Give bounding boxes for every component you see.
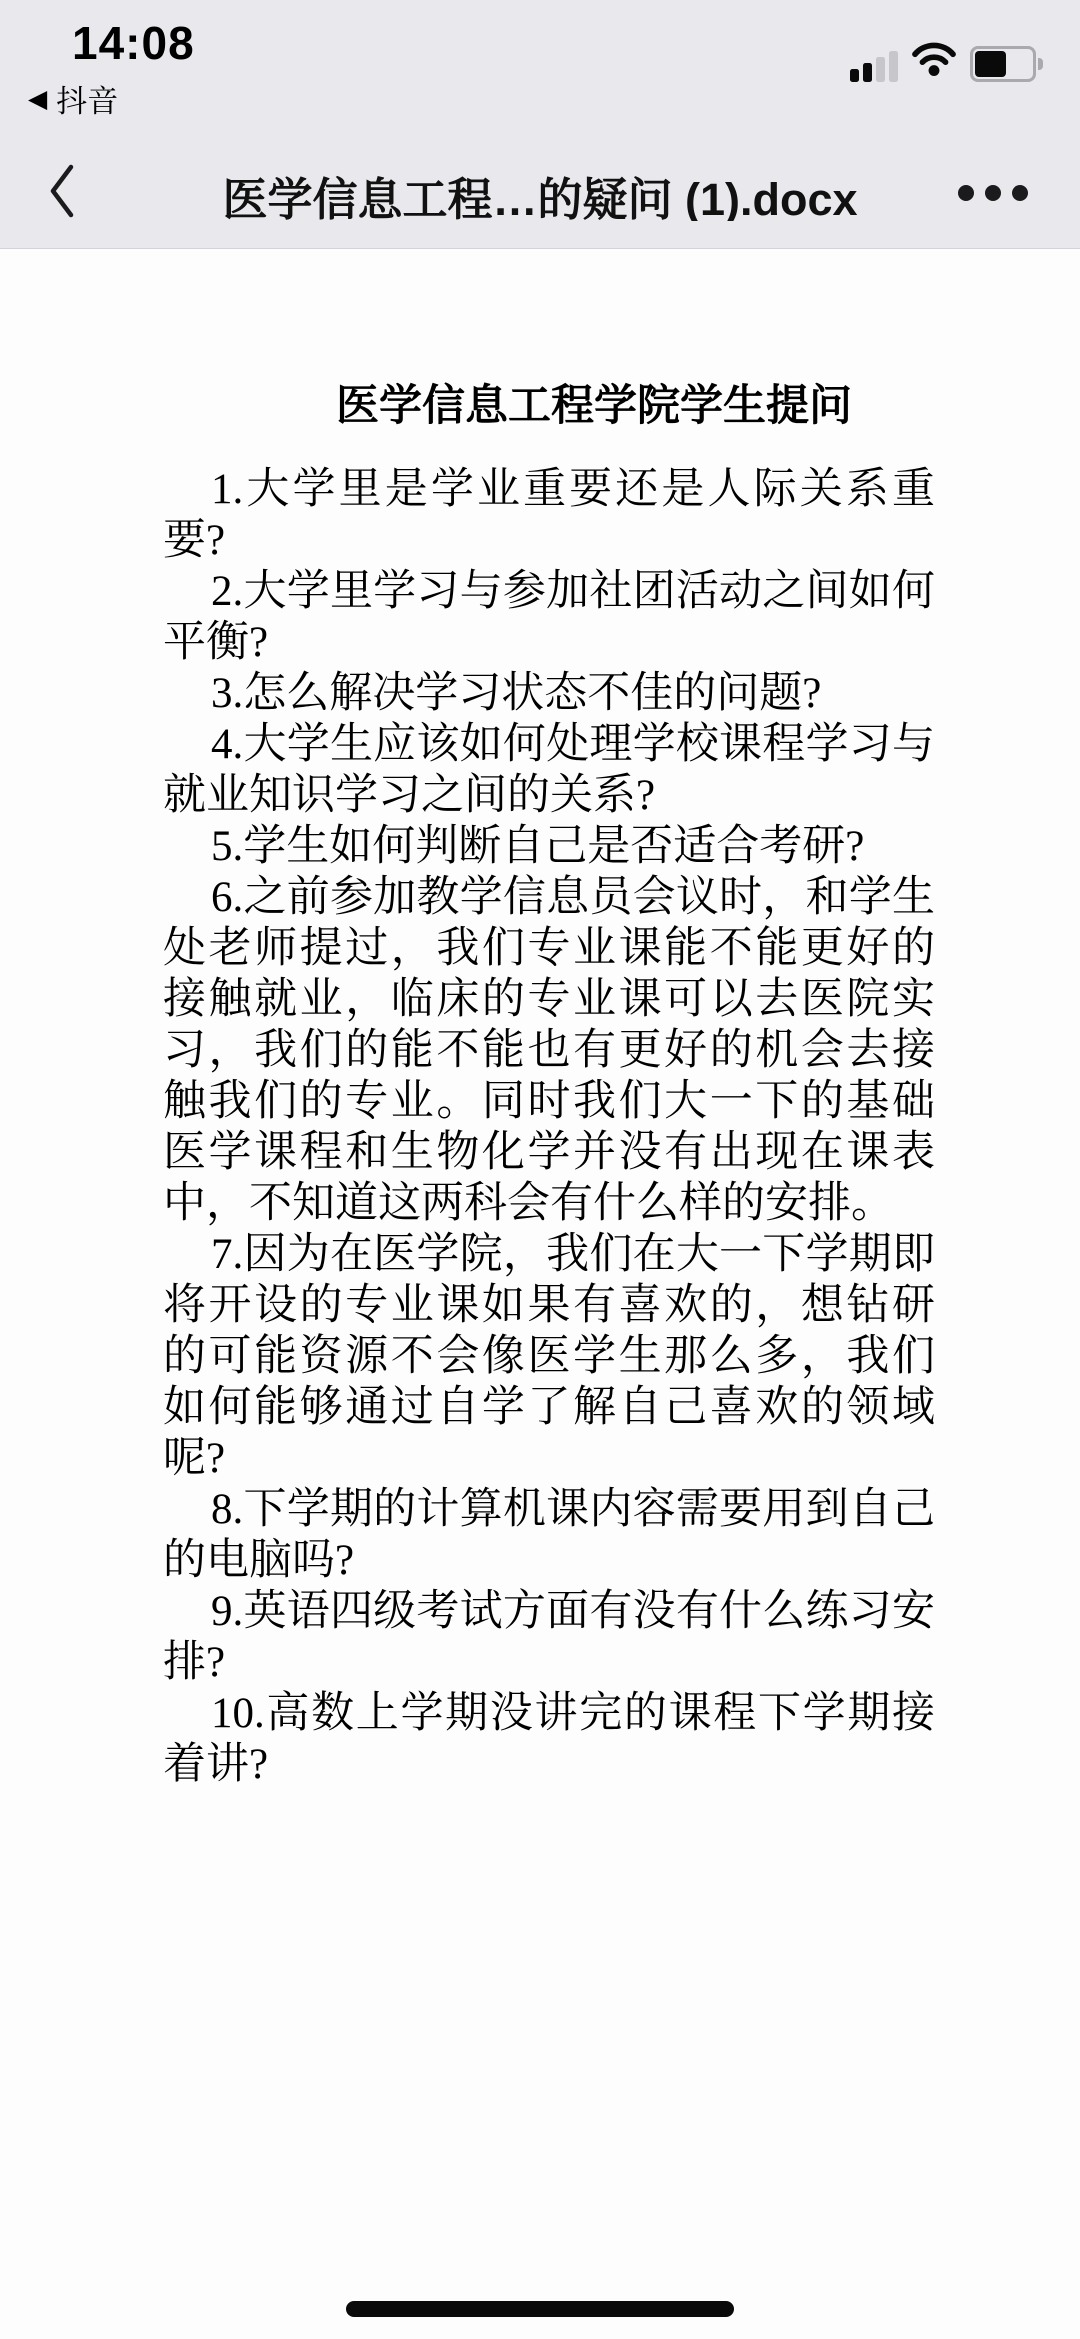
more-menu-button[interactable] [946,170,1040,216]
question-paragraph: 4.大学生应该如何处理学校课程学习与 就业知识学习之间的关系? [0,719,1080,821]
document-heading: 医学信息工程学院学生提问 [54,382,1080,430]
back-button[interactable] [40,160,84,226]
home-indicator[interactable] [346,2301,734,2317]
question-paragraph: 2.大学里学习与参加社团活动之间如何平衡? [0,566,1080,668]
signal-strength-icon [850,50,898,82]
status-time: 14:08 [72,16,195,70]
more-dot-icon [958,185,974,201]
question-paragraph: 1.大学里是学业重要还是人际关系重要? [0,464,1080,566]
question-paragraph: 10.高数上学期没讲完的课程下学期接着讲? [0,1688,1080,1790]
chevron-left-icon [47,162,77,225]
more-dot-icon [1012,185,1028,201]
question-paragraph: 9.英语四级考试方面有没有什么练习安排? [0,1586,1080,1688]
screen: 14:08 ◀ 抖音 [0,0,1080,2339]
return-app-label: 抖音 [56,76,118,121]
question-paragraph: 5.学生如何判断自己是否适合考研? [0,821,1080,872]
question-paragraph: 3.怎么解决学习状态不佳的问题? [0,668,1080,719]
battery-icon [970,46,1043,82]
return-to-app-button[interactable]: ◀ 抖音 [28,76,118,121]
more-dot-icon [985,185,1001,201]
nav-bar: 医学信息工程…的疑问 (1).docx [0,148,1080,248]
file-title: 医学信息工程…的疑问 (1).docx [130,163,950,221]
question-paragraph: 8.下学期的计算机课内容需要用到自己的电脑吗? [0,1484,1080,1586]
battery-fill [975,51,1006,77]
top-bars: 14:08 ◀ 抖音 [0,0,1080,249]
document-body: 1.大学里是学业重要还是人际关系重要?2.大学里学习与参加社团活动之间如何平衡?… [0,464,1080,1790]
wifi-icon [911,42,957,81]
back-triangle-icon: ◀ [28,87,47,112]
question-paragraph: 7.因为在医学院，我们在大一下学期即将开设的专业课如果有喜欢的，想钻研的可能资源… [0,1229,1080,1484]
question-paragraph: 6.之前参加教学信息员会议时，和学生处老师提过，我们专业课能不能更好的接触就业，… [0,872,1080,1229]
document-page[interactable]: 医学信息工程学院学生提问 1.大学里是学业重要还是人际关系重要?2.大学里学习与… [0,250,1080,2339]
status-icons [850,44,1043,82]
